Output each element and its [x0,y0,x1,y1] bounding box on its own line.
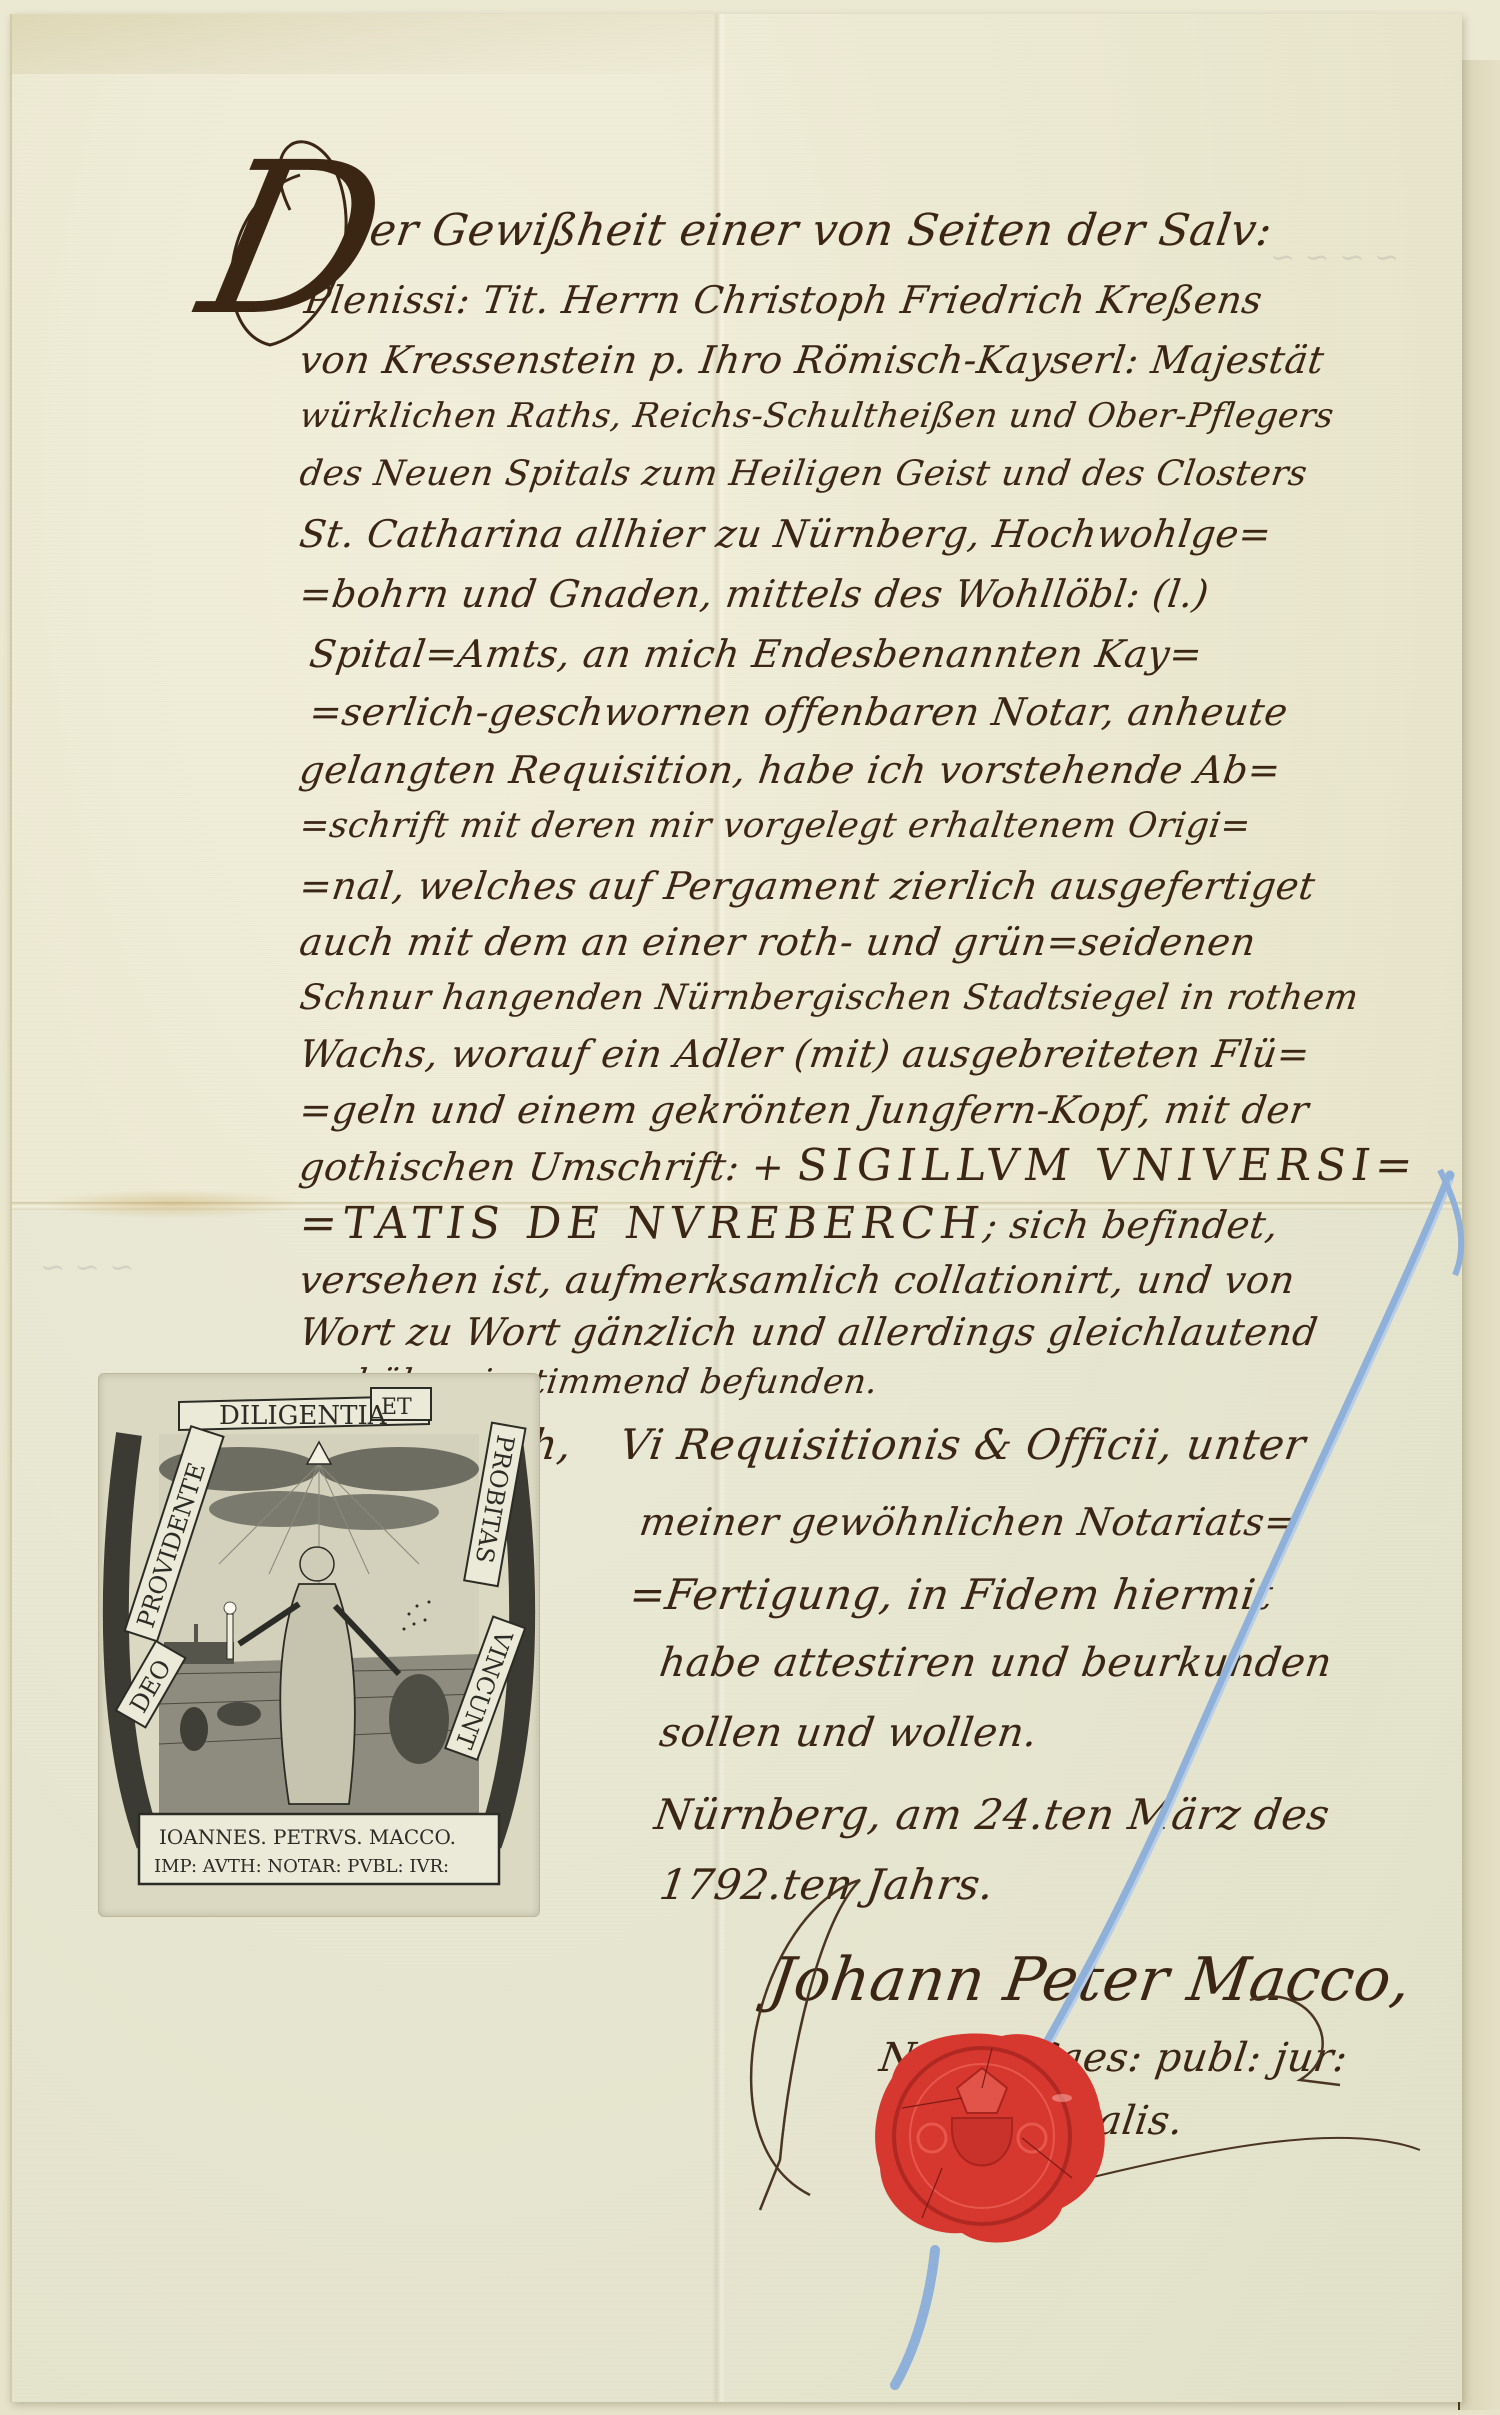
text-line: des Neuen Spitals zum Heiligen Geist und… [297,454,1310,494]
bleed-through: ~ ~ ~ ~ [1270,240,1399,275]
signature-name: Johann Peter Macco, [765,1945,1415,2015]
bleed-through: ~ ~ ~ [40,1250,134,1285]
umschrift-label: gothischen Umschrift: + [297,1145,788,1189]
closing-line: =Fertigung, in Fidem hiermit [627,1570,1277,1619]
text-line: versehen ist, aufmerksamlich collationir… [297,1258,1298,1302]
text-line: =TATIS DE NVREBERCH; sich befindet, [296,1198,1282,1249]
text-line: auch mit dem an einer roth- und grün=sei… [297,920,1259,964]
text-line: =serlich-geschwornen offenbaren Notar, a… [307,690,1291,734]
banner-et: ET [381,1395,412,1420]
text-line: Wachs, worauf ein Adler (mit) ausgebreit… [297,1032,1313,1076]
banner-diligentia: DILIGENTIA [219,1401,388,1431]
closing-line: Vi Requisitionis & Officii, unter [617,1420,1309,1469]
text-line: =schrift mit deren mir vorgelegt erhalte… [297,806,1253,846]
text-line: würklichen Raths, Reichs-Schultheißen un… [297,396,1336,436]
seal-inscription: SIGILLVM VNIVERSI= [794,1140,1422,1191]
text-line: =geln und einem gekrönten Jungfern-Kopf,… [297,1088,1312,1132]
text-line: Schnur hangenden Nürnbergischen Stadtsie… [297,978,1361,1018]
date-line: 1792.ten Jahrs. [657,1860,998,1909]
fold-stain [42,1189,302,1219]
text-line: St. Catharina allhier zu Nürnberg, Hochw… [297,512,1274,556]
text-line: er Gewißheit einer von Seiten der Salv: [366,205,1275,256]
text-line: Spital=Amts, an mich Endesbenannten Kay= [307,632,1205,676]
text-line: von Kressenstein p. Ihro Römisch-Kayserl… [297,338,1327,382]
seal-inscription: =TATIS DE NVREBERCH [296,1198,988,1249]
text-line: =bohrn und Gnaden, mittels des Wohllöbl:… [297,572,1212,616]
text-line: Wort zu Wort gänzlich und allerdings gle… [297,1310,1321,1354]
cartouche-name: IOANNES. PETRVS. MACCO. [159,1825,456,1849]
text-line: gelangten Requisition, habe ich vorstehe… [297,748,1284,792]
adjacent-page-edge [1458,60,1500,2410]
closing-line: meiner gewöhnlichen Notariats= [637,1500,1300,1544]
red-wax-seal [862,2018,1122,2258]
date-line: Nürnberg, am 24.ten März des [652,1790,1333,1839]
text-line: gothischen Umschrift: + SIGILLVM VNIVERS… [296,1140,1422,1191]
text-fragment: ; sich befindet, [981,1203,1281,1247]
closing-line: sollen und wollen. [657,1710,1041,1756]
text-line: Plenissi: Tit. Herrn Christoph Friedrich… [302,278,1265,322]
cartouche-title: IMP: AVTH: NOTAR: PVBL: IVR: [154,1856,449,1877]
closing-line: habe attestiren und beurkunden [657,1640,1335,1686]
engraved-notary-emblem: DILIGENTIA ET PROVIDENTE DEO PROBITAS VI… [98,1373,540,1917]
text-line: =nal, welches auf Pergament zierlich aus… [297,864,1318,908]
folded-corner [12,14,712,74]
